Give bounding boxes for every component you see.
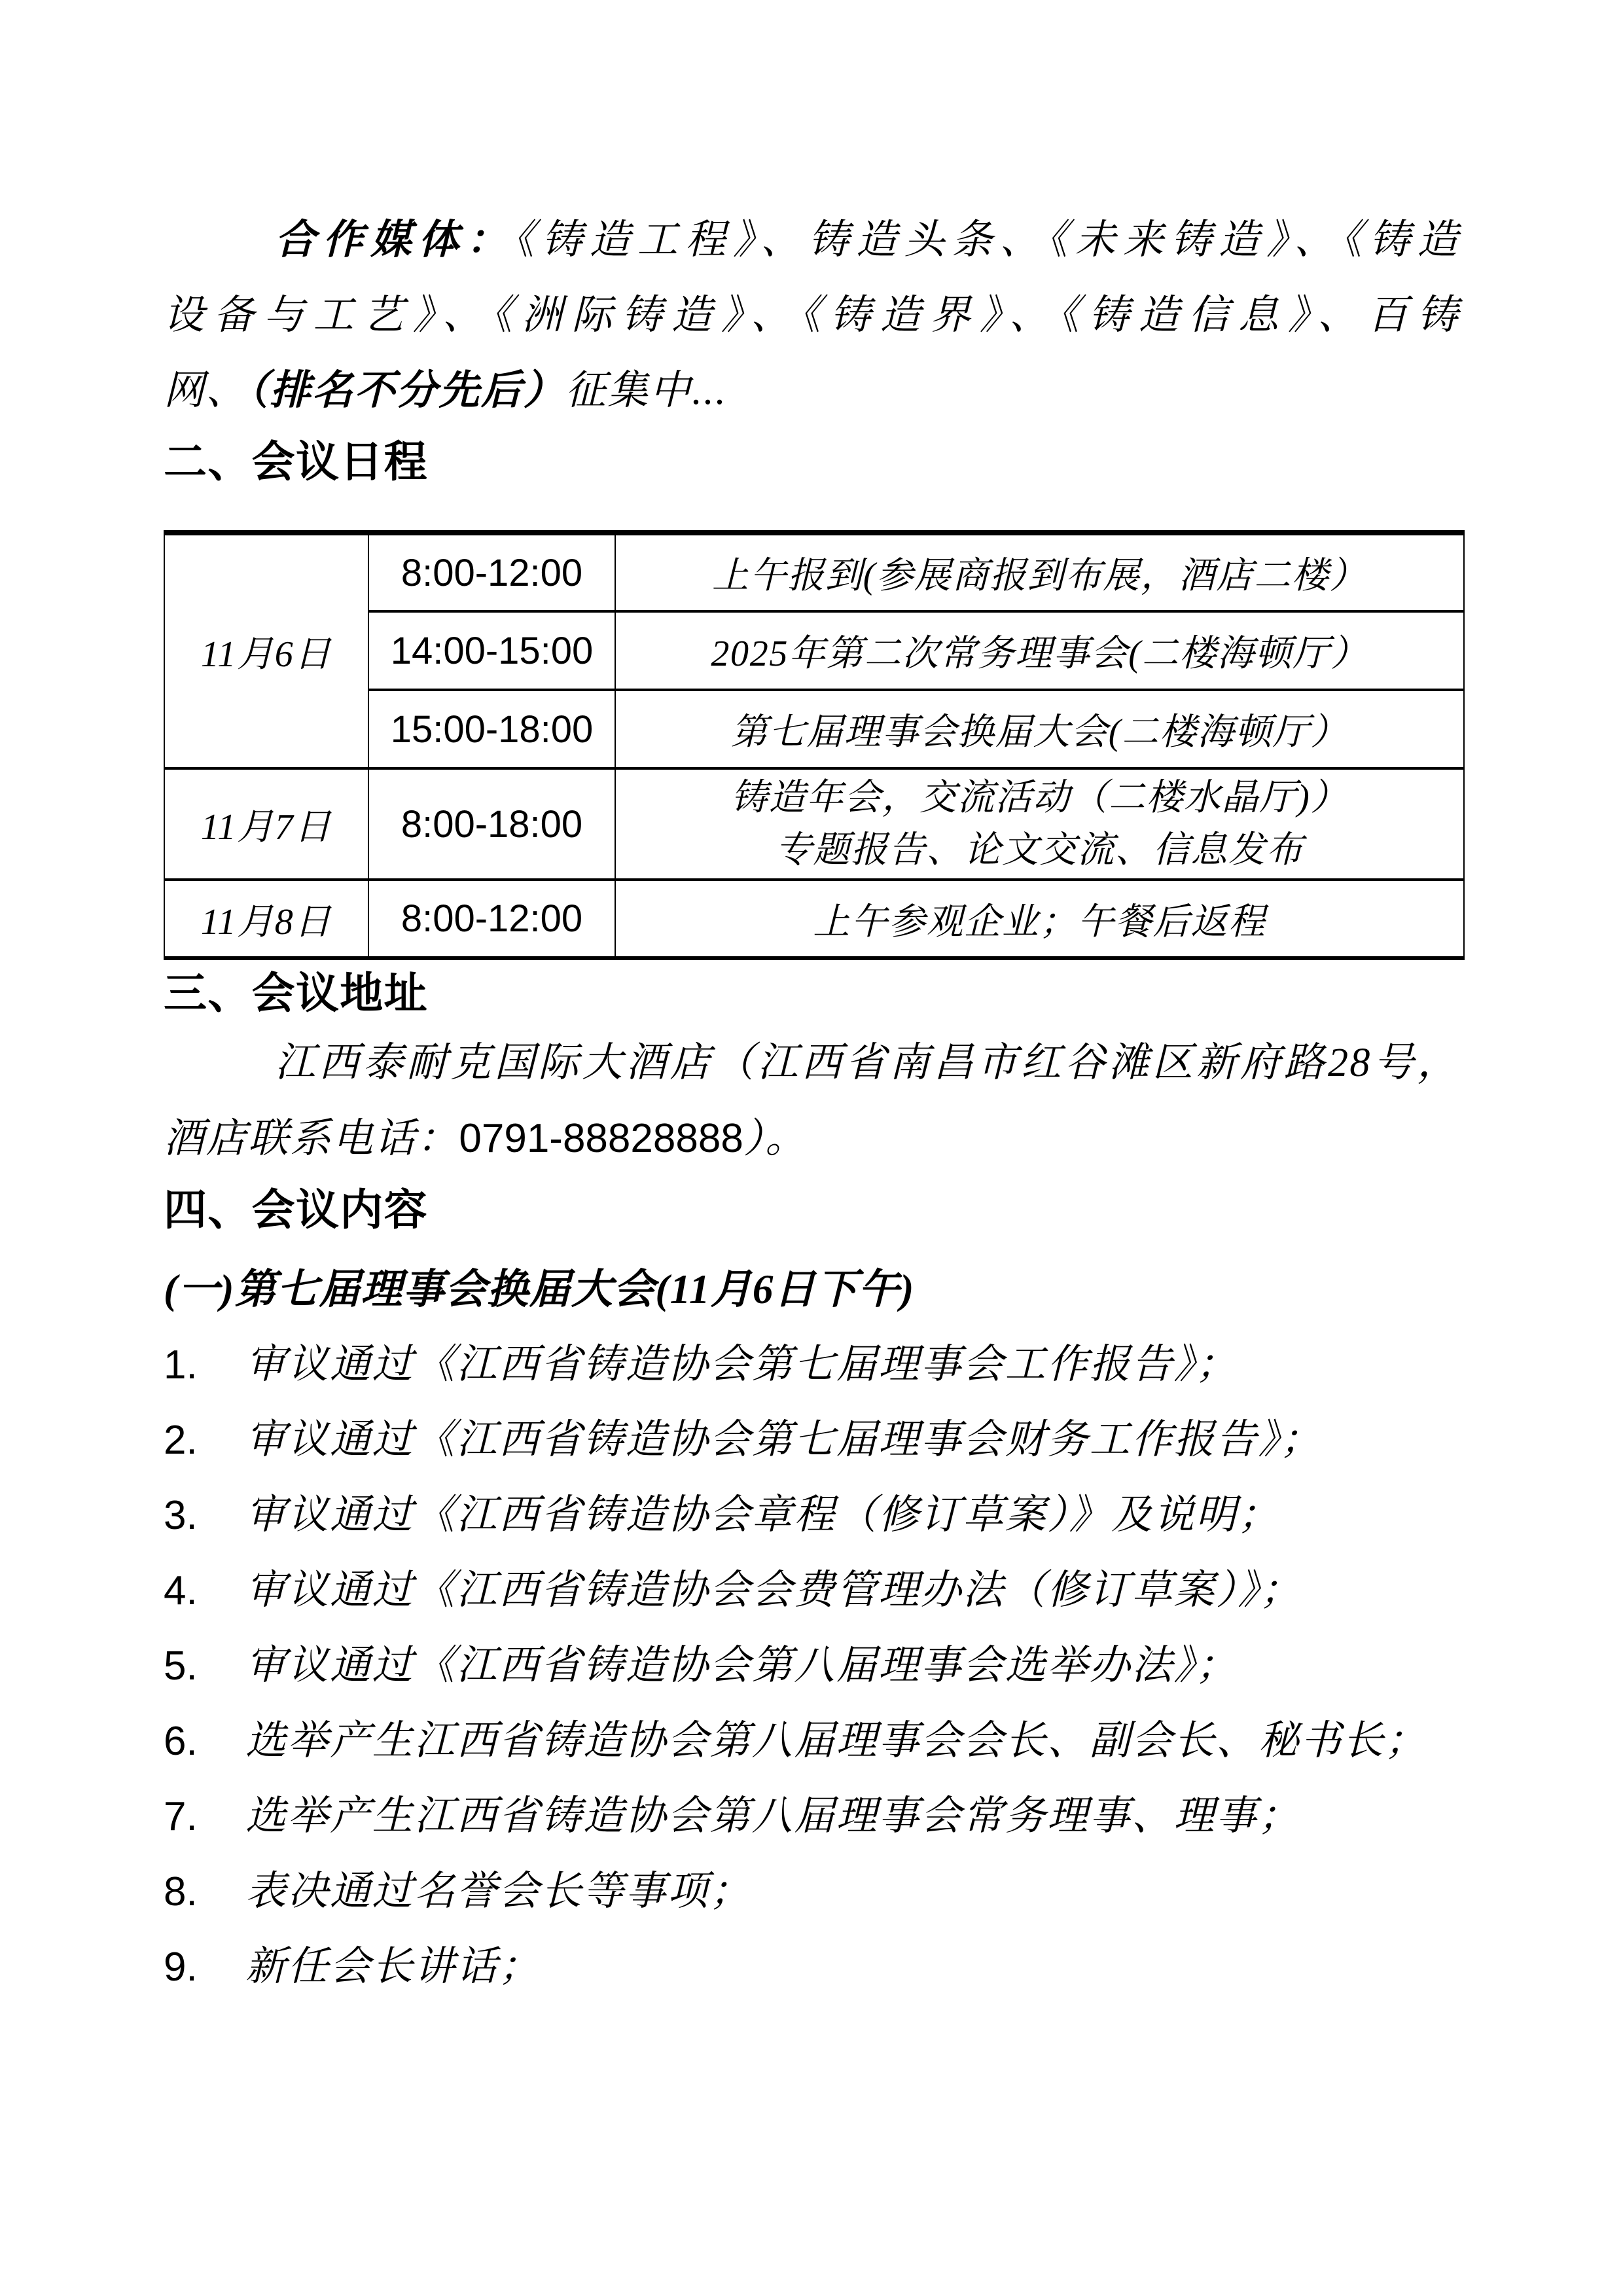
desc-cell: 2025年第二次常务理事会(二楼海顿厅）	[615, 611, 1464, 690]
item-number: 9.	[164, 1929, 245, 2005]
agenda-item: 2. 审议通过《江西省铸造协会第七届理事会财务工作报告》；	[164, 1403, 1459, 1478]
time-cell: 15:00-18:00	[368, 690, 615, 768]
intro-line-2: 设备与工艺》、《洲际铸造》、《铸造界》、《铸造信息》、百铸	[164, 278, 1459, 353]
time-cell: 8:00-12:00	[368, 880, 615, 958]
item-number: 8.	[164, 1854, 245, 1929]
address-paragraph: 江西泰耐克国际大酒店（江西省南昌市红谷滩区新府路28号， 酒店联系电话：0791…	[164, 1026, 1459, 1177]
subsection-heading-election-meeting: (一)第七届理事会换届大会(11月6日下午)	[164, 1252, 1459, 1327]
date-cell: 11月6日	[164, 533, 368, 768]
agenda-item: 3. 审议通过《江西省铸造协会章程（修订草案）》及说明；	[164, 1478, 1459, 1553]
agenda-list: 1. 审议通过《江西省铸造协会第七届理事会工作报告》； 2. 审议通过《江西省铸…	[164, 1327, 1459, 2005]
item-text: 审议通过《江西省铸造协会第七届理事会财务工作报告》；	[245, 1403, 1459, 1478]
agenda-item: 5. 审议通过《江西省铸造协会第八届理事会选举办法》；	[164, 1628, 1459, 1704]
table-row: 11月8日 8:00-12:00 上午参观企业；午餐后返程	[164, 880, 1464, 958]
agenda-item: 8. 表决通过名誉会长等事项；	[164, 1854, 1459, 1929]
hotel-phone-label: 酒店联系电话：	[164, 1117, 459, 1161]
schedule-table: 11月6日 8:00-12:00 上午报到(参展商报到布展，酒店二楼） 14:0…	[164, 530, 1465, 960]
item-number: 3.	[164, 1478, 245, 1553]
desc-line-1: 铸造年会，交流活动（二楼水晶厅)）	[616, 772, 1463, 824]
ranking-note: （排名不分先后）	[248, 368, 565, 413]
time-cell: 14:00-15:00	[368, 611, 615, 690]
media-partners-label: 合作媒体：	[275, 218, 514, 262]
address-line-1: 江西泰耐克国际大酒店（江西省南昌市红谷滩区新府路28号，	[164, 1026, 1459, 1101]
agenda-item: 6. 选举产生江西省铸造协会第八届理事会会长、副会长、秘书长；	[164, 1704, 1459, 1779]
table-row: 11月6日 8:00-12:00 上午报到(参展商报到布展，酒店二楼）	[164, 533, 1464, 611]
agenda-item: 9. 新任会长讲话；	[164, 1929, 1459, 2005]
item-number: 2.	[164, 1403, 245, 1478]
agenda-item: 1. 审议通过《江西省铸造协会第七届理事会工作报告》；	[164, 1327, 1459, 1403]
desc-cell: 上午报到(参展商报到布展，酒店二楼）	[615, 533, 1464, 611]
time-cell: 8:00-12:00	[368, 533, 615, 611]
table-row: 11月7日 8:00-18:00 铸造年会，交流活动（二楼水晶厅)） 专题报告、…	[164, 768, 1464, 880]
desc-cell: 铸造年会，交流活动（二楼水晶厅)） 专题报告、论文交流、信息发布	[615, 768, 1464, 880]
section-heading-schedule: 二、会议日程	[164, 429, 1459, 494]
address-line-2: 酒店联系电话：0791-88828888）。	[164, 1101, 1459, 1177]
item-text: 审议通过《江西省铸造协会第八届理事会选举办法》；	[245, 1628, 1459, 1704]
intro-paragraph: 合作媒体：《铸造工程》、铸造头条、《未来铸造》、《铸造 设备与工艺》、《洲际铸造…	[164, 203, 1459, 429]
desc-cell: 第七届理事会换届大会(二楼海顿厅）	[615, 690, 1464, 768]
intro-line-3: 网、（排名不分先后）征集中...	[164, 353, 1459, 429]
item-number: 1.	[164, 1327, 245, 1403]
item-number: 5.	[164, 1628, 245, 1704]
item-text: 审议通过《江西省铸造协会章程（修订草案）》及说明；	[245, 1478, 1459, 1553]
item-text: 选举产生江西省铸造协会第八届理事会会长、副会长、秘书长；	[245, 1704, 1459, 1779]
media-partners-list-part1: 《铸造工程》、铸造头条、《未来铸造》、《铸造	[514, 218, 1459, 262]
intro-line-1: 合作媒体：《铸造工程》、铸造头条、《未来铸造》、《铸造	[164, 203, 1459, 278]
date-cell: 11月7日	[164, 768, 368, 880]
collecting-note: 征集中...	[565, 368, 727, 413]
item-text: 选举产生江西省铸造协会第八届理事会常务理事、理事；	[245, 1779, 1459, 1854]
item-text: 审议通过《江西省铸造协会第七届理事会工作报告》；	[245, 1327, 1459, 1403]
section-heading-content: 四、会议内容	[164, 1177, 1459, 1242]
item-text: 新任会长讲话；	[245, 1929, 1459, 2005]
media-partners-list-part2: 设备与工艺》、《洲际铸造》、《铸造界》、《铸造信息》、百铸	[164, 293, 1459, 338]
item-number: 6.	[164, 1704, 245, 1779]
desc-cell: 上午参观企业；午餐后返程	[615, 880, 1464, 958]
item-text: 审议通过《江西省铸造协会会费管理办法（修订草案）》；	[245, 1553, 1459, 1628]
document-page: 合作媒体：《铸造工程》、铸造头条、《未来铸造》、《铸造 设备与工艺》、《洲际铸造…	[0, 0, 1623, 2296]
agenda-item: 4. 审议通过《江西省铸造协会会费管理办法（修订草案）》；	[164, 1553, 1459, 1628]
item-number: 4.	[164, 1553, 245, 1628]
section-heading-address: 三、会议地址	[164, 960, 1459, 1026]
date-cell: 11月8日	[164, 880, 368, 958]
media-partners-list-part3: 网、	[164, 368, 248, 413]
agenda-item: 7. 选举产生江西省铸造协会第八届理事会常务理事、理事；	[164, 1779, 1459, 1854]
time-cell: 8:00-18:00	[368, 768, 615, 880]
hotel-address: 江西泰耐克国际大酒店（江西省南昌市红谷滩区新府路28号，	[275, 1041, 1459, 1085]
item-text: 表决通过名誉会长等事项；	[245, 1854, 1459, 1929]
address-closing: ）。	[743, 1117, 808, 1161]
desc-line-2: 专题报告、论文交流、信息发布	[616, 824, 1463, 876]
item-number: 7.	[164, 1779, 245, 1854]
hotel-phone-number: 0791-88828888	[459, 1116, 743, 1161]
